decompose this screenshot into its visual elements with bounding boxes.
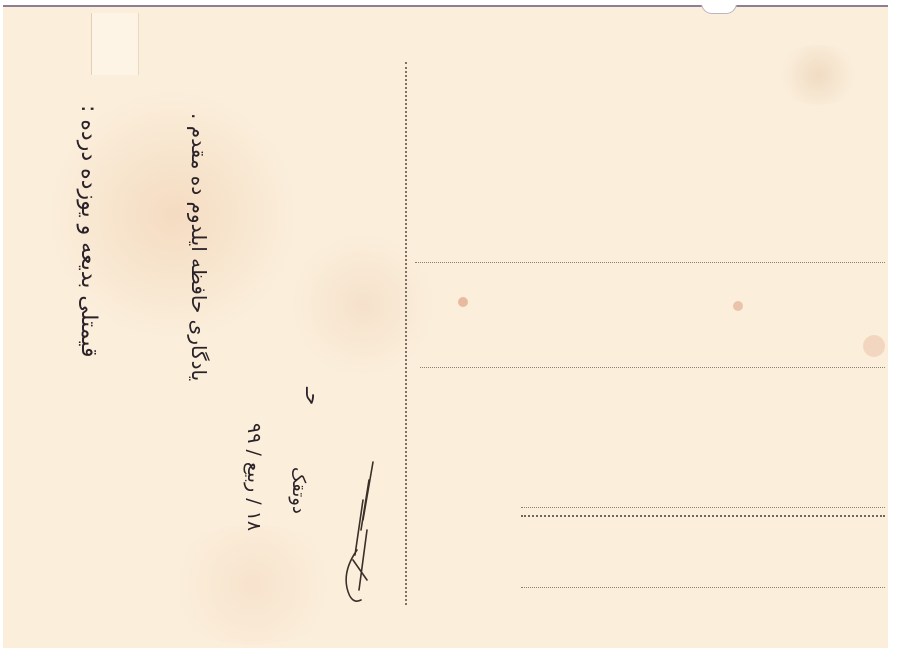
stain <box>153 525 353 645</box>
address-line-1 <box>415 262 885 263</box>
postcard-back: قیمتلی بدیعه و یوزده درده : یادگاری حافظ… <box>3 5 888 648</box>
stain <box>773 45 863 105</box>
top-edge-tear <box>701 5 737 14</box>
address-line-2 <box>420 367 885 368</box>
stain <box>283 235 443 375</box>
signature <box>333 460 383 610</box>
message-mark: حـ <box>301 387 325 405</box>
corner-crease <box>91 13 139 75</box>
address-line-4 <box>521 587 885 588</box>
message-line-2: یادگاری حافظه ایلدوم ده مقدم . <box>187 113 211 381</box>
message-line-4: دوتقک <box>288 467 309 514</box>
message-date: ۱۸ / ربیع / ۹۹ <box>243 423 265 531</box>
stain <box>733 301 743 311</box>
center-divider <box>405 62 407 605</box>
address-line-3 <box>521 515 885 517</box>
stain <box>863 335 885 357</box>
address-line-3a <box>521 507 885 508</box>
message-line-1: قیمتلی بدیعه و یوزده درده : <box>76 105 101 358</box>
stain <box>458 297 468 307</box>
